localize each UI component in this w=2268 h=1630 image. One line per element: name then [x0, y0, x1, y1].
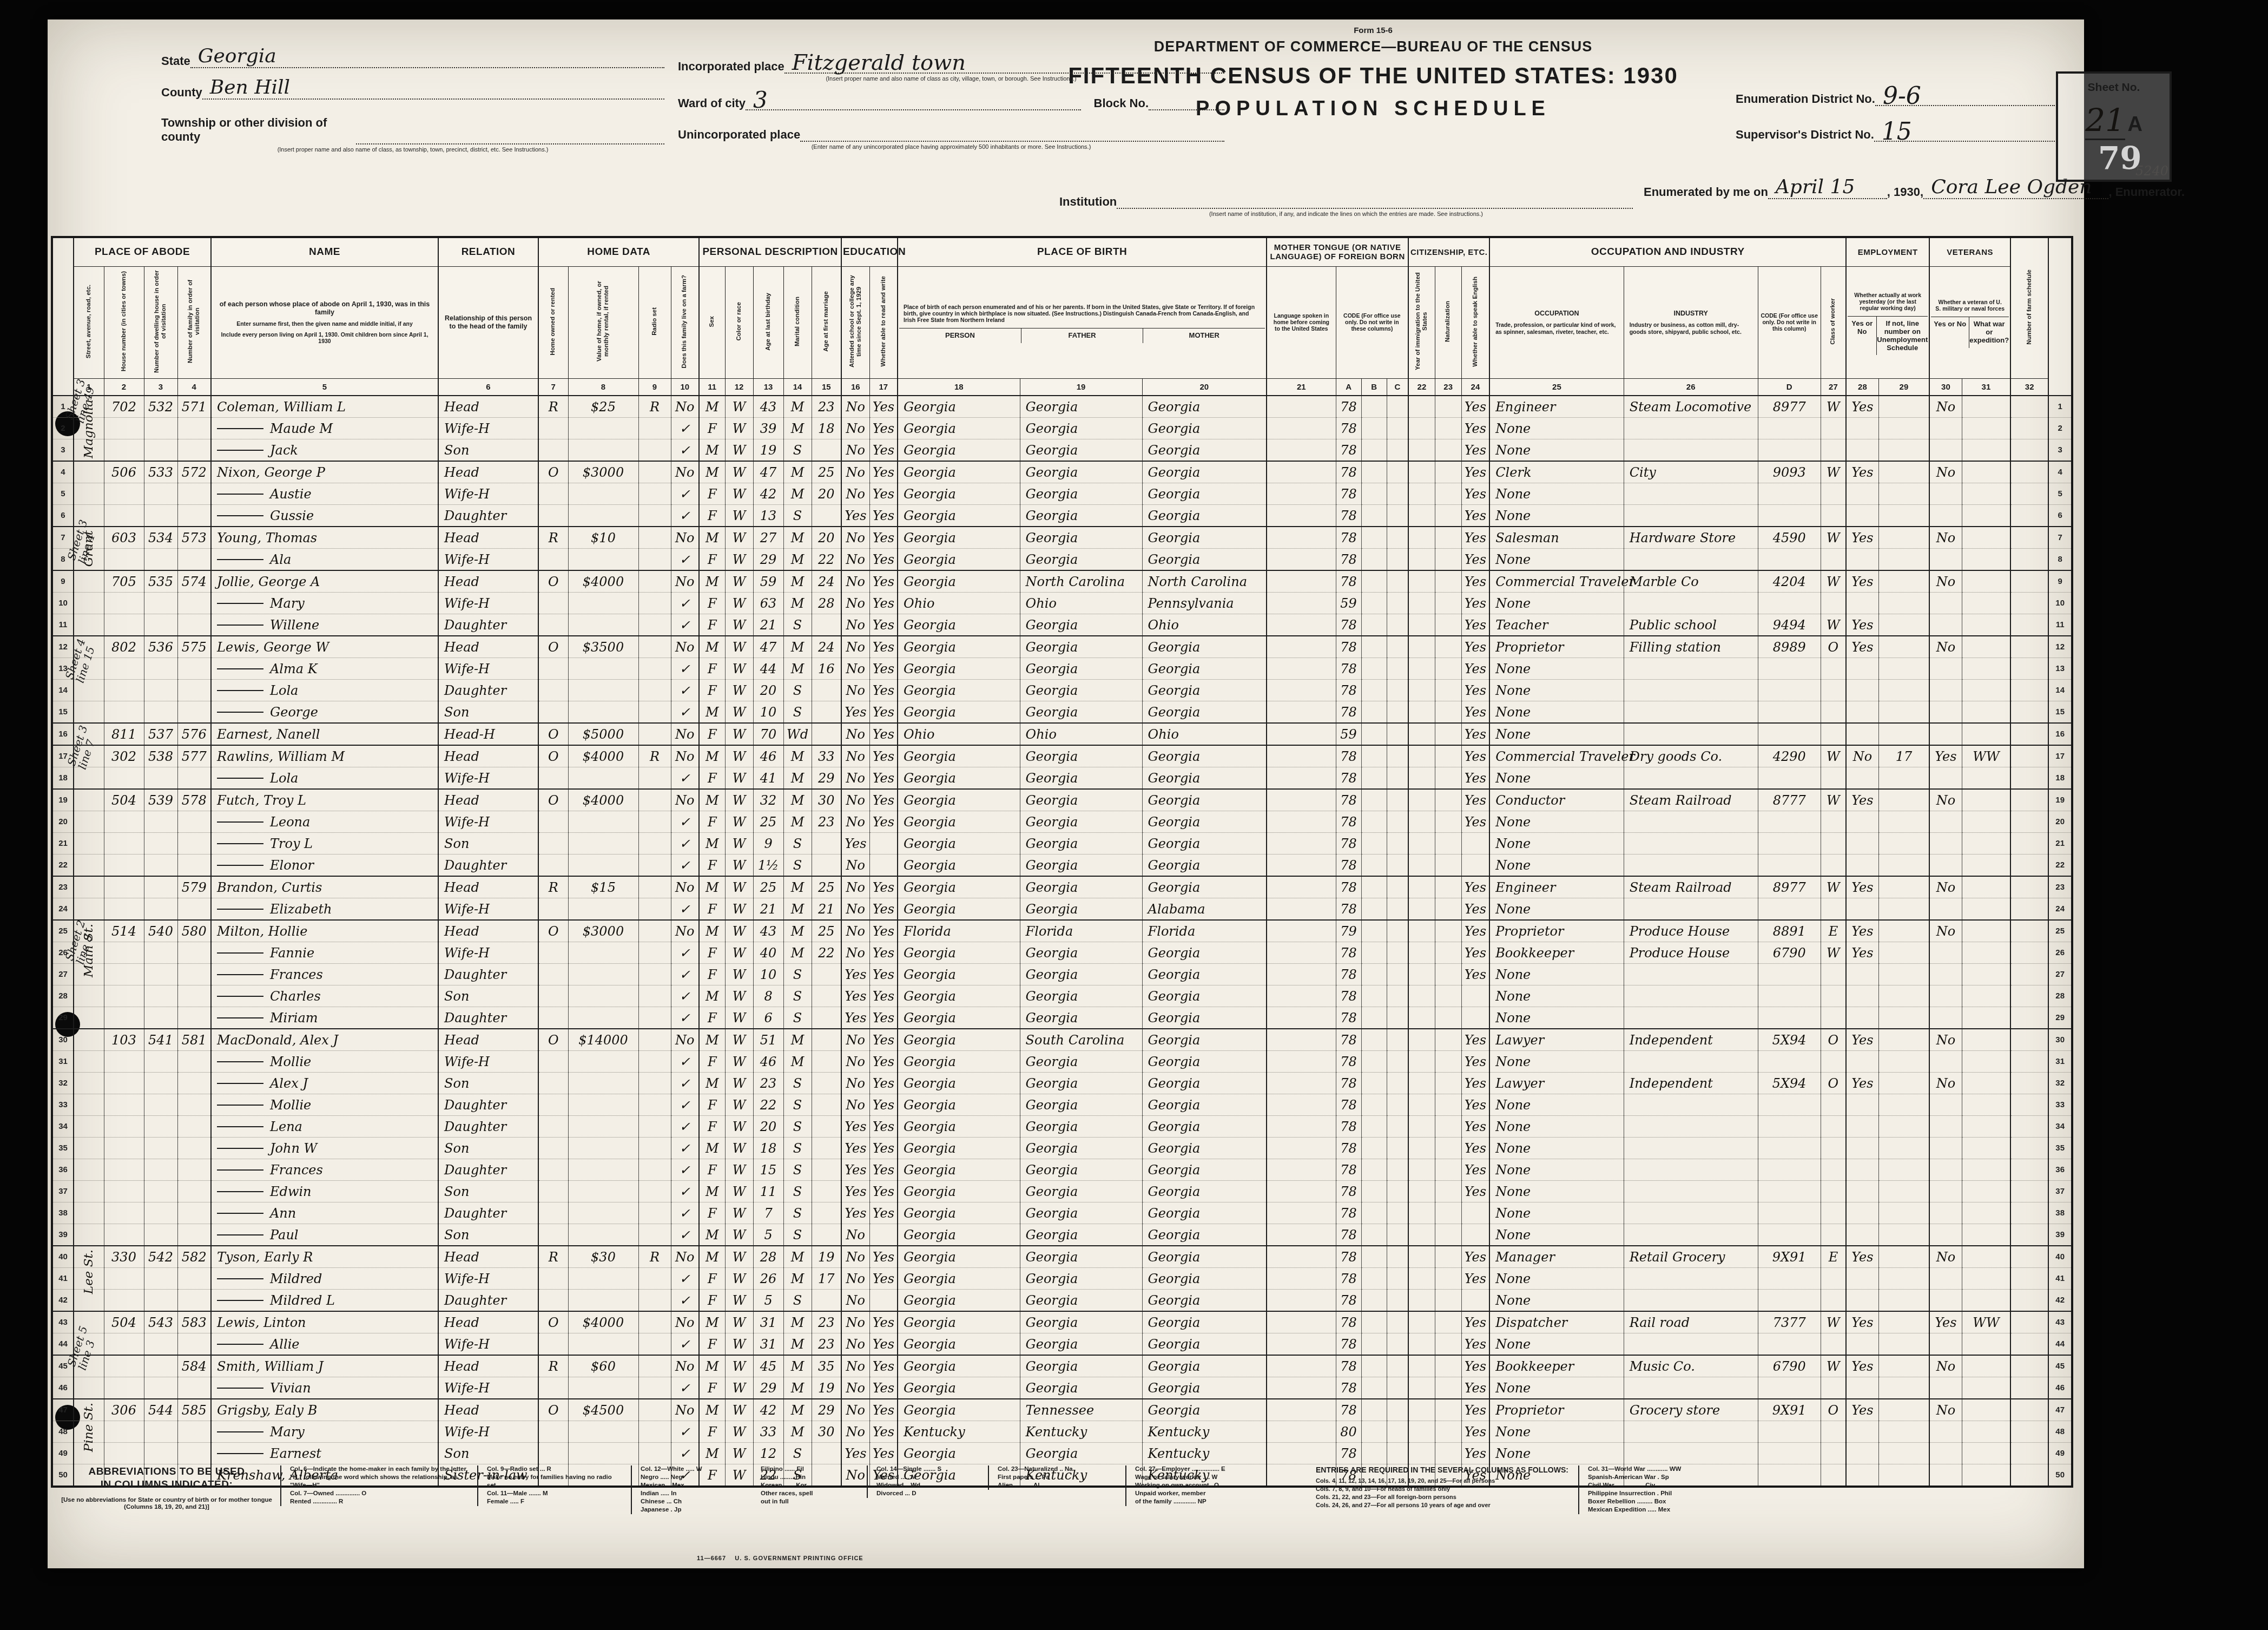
cell-house: 302	[104, 745, 144, 767]
cell-house: 802	[104, 636, 144, 658]
cell-ind: Produce House	[1624, 942, 1758, 964]
cell-occ: Teacher	[1489, 614, 1624, 636]
incorporated-label: Incorporated place	[678, 60, 784, 74]
cell-val	[568, 1443, 638, 1464]
cell-fam: 581	[177, 1029, 211, 1051]
cell-nat	[1435, 1311, 1461, 1333]
cell-cb	[1361, 527, 1387, 549]
cell-oc: 8891	[1758, 920, 1821, 942]
cell-rw: Yes	[869, 811, 898, 833]
cell-cc	[1387, 1246, 1408, 1268]
colnum: 31	[1962, 379, 2010, 396]
cell-house	[104, 767, 144, 790]
cell-ln2: 4	[2048, 461, 2072, 483]
cell-rw	[869, 855, 898, 877]
cell-uel	[1878, 396, 1929, 418]
cell-emp	[1846, 898, 1878, 921]
cell-fs	[2010, 1246, 2048, 1268]
cell-imm	[1408, 439, 1435, 462]
cell-ln: 24	[52, 898, 74, 921]
cell-imm	[1408, 636, 1435, 658]
cell-house	[104, 701, 144, 724]
cell-eng: Yes	[1461, 461, 1489, 483]
cell-imm	[1408, 833, 1435, 855]
cell-bp: Georgia	[898, 701, 1020, 724]
cell-bp: Georgia	[898, 1029, 1020, 1051]
cell-age: 29	[753, 1377, 783, 1399]
cell-oc: 8777	[1758, 789, 1821, 811]
cell-occ: None	[1489, 439, 1624, 462]
cell-nat	[1435, 658, 1461, 680]
cell-afm: 30	[812, 789, 841, 811]
cell-mar: M	[783, 396, 812, 418]
cell-ind: Steam Railroad	[1624, 876, 1758, 898]
cell-mar: S	[783, 1073, 812, 1094]
cell-dw: 540	[144, 920, 177, 942]
cell-sex: M	[699, 1224, 725, 1246]
cell-uel	[1878, 549, 1929, 571]
cell-sch: Yes	[841, 1202, 869, 1224]
cell-ln2: 24	[2048, 898, 2072, 921]
cell-rel: Wife-H	[438, 549, 538, 571]
cell-sch: No	[841, 811, 869, 833]
cell-bf: Georgia	[1020, 396, 1142, 418]
cell-sex: F	[699, 1116, 725, 1138]
cell-cb	[1361, 418, 1387, 439]
cell-val	[568, 1202, 638, 1224]
cell-fam	[177, 1138, 211, 1159]
cell-eng: Yes	[1461, 1311, 1489, 1333]
cell-afm	[812, 1094, 841, 1116]
colnum: C	[1387, 379, 1408, 396]
cell-street	[74, 1007, 104, 1029]
cell-rw: Yes	[869, 745, 898, 767]
cell-house	[104, 1224, 144, 1246]
cell-dw	[144, 593, 177, 614]
cell-fam: 585	[177, 1399, 211, 1421]
col-vet-yes-no: Yes or No	[1931, 317, 1969, 348]
cell-dw	[144, 418, 177, 439]
cell-vet	[1929, 1051, 1962, 1073]
cell-rel: Head	[438, 876, 538, 898]
cell-nat	[1435, 549, 1461, 571]
colnum: 8	[568, 379, 638, 396]
cell-val	[568, 1224, 638, 1246]
cell-war	[1962, 1443, 2010, 1464]
cell-vet	[1929, 964, 1962, 985]
cell-cc	[1387, 1290, 1408, 1312]
cell-rel: Head	[438, 1311, 538, 1333]
cell-fam	[177, 964, 211, 985]
cell-house: 811	[104, 723, 144, 745]
cell-age: 47	[753, 461, 783, 483]
cell-emp	[1846, 505, 1878, 527]
cell-war	[1962, 985, 2010, 1007]
cell-own: R	[538, 527, 568, 549]
cell-occ: None	[1489, 418, 1624, 439]
cell-cc	[1387, 1138, 1408, 1159]
cell-bf: Georgia	[1020, 964, 1142, 985]
cell-vet	[1929, 1116, 1962, 1138]
group-place-of-abode: PLACE OF ABODE	[74, 237, 211, 267]
cell-cb	[1361, 1421, 1387, 1443]
cell-imm	[1408, 745, 1435, 767]
cell-ln2: 38	[2048, 1202, 2072, 1224]
cell-street	[74, 833, 104, 855]
enum-district-value: 9-6	[1875, 82, 1929, 110]
cell-own	[538, 1333, 568, 1356]
cell-rel: Son	[438, 833, 538, 855]
cell-dw: 534	[144, 527, 177, 549]
cell-age: 10	[753, 701, 783, 724]
cell-sch: Yes	[841, 1007, 869, 1029]
cell-war	[1962, 1246, 2010, 1268]
table-row: 46VivianWife-H✓FW29M19NoYesGeorgiaGeorgi…	[52, 1377, 2072, 1399]
cell-age: 44	[753, 658, 783, 680]
cell-rel: Son	[438, 1443, 538, 1464]
cell-cb	[1361, 985, 1387, 1007]
cell-bm: Georgia	[1142, 833, 1267, 855]
cell-emp	[1846, 418, 1878, 439]
cell-cw	[1821, 1224, 1846, 1246]
cell-ln: 29	[52, 1007, 74, 1029]
cell-name: Maude M	[211, 418, 438, 439]
col-home-owned: Home owned or rented	[538, 267, 568, 379]
cell-dw	[144, 1116, 177, 1138]
cell-eng: Yes	[1461, 964, 1489, 985]
cell-bp: Georgia	[898, 680, 1020, 701]
cell-street	[74, 1181, 104, 1202]
cell-oc	[1758, 1268, 1821, 1290]
cell-mar: M	[783, 1421, 812, 1443]
cell-fam	[177, 942, 211, 964]
cell-bp: Georgia	[898, 1094, 1020, 1116]
table-row: 27FrancesDaughter✓FW10SYesYesGeorgiaGeor…	[52, 964, 2072, 985]
cell-vet: No	[1929, 636, 1962, 658]
cell-age: 46	[753, 745, 783, 767]
table-row: 9705535574Jollie, George AHeadO$4000NoMW…	[52, 570, 2072, 593]
cell-cb	[1361, 1290, 1387, 1312]
cell-race: W	[725, 1421, 753, 1443]
cell-fs	[2010, 1202, 2048, 1224]
cell-dw	[144, 898, 177, 921]
cell-bm: Georgia	[1142, 658, 1267, 680]
cell-val	[568, 439, 638, 462]
cell-uel	[1878, 789, 1929, 811]
cell-nat	[1435, 1443, 1461, 1464]
cell-lang	[1267, 1355, 1336, 1377]
cell-uel	[1878, 1399, 1929, 1421]
county-field: County Ben Hill	[161, 82, 664, 100]
cell-bm: Georgia	[1142, 396, 1267, 418]
cell-ind	[1624, 1094, 1758, 1116]
cell-vet	[1929, 1159, 1962, 1181]
cell-name: George	[211, 701, 438, 724]
cell-cb	[1361, 1051, 1387, 1073]
cell-ln: 28	[52, 985, 74, 1007]
cell-bm: Georgia	[1142, 439, 1267, 462]
cell-vet	[1929, 505, 1962, 527]
cell-radio	[638, 483, 671, 505]
cell-afm	[812, 1051, 841, 1073]
cell-farm: ✓	[671, 701, 699, 724]
cell-ln2: 49	[2048, 1443, 2072, 1464]
cell-oc	[1758, 833, 1821, 855]
cell-own: R	[538, 1355, 568, 1377]
cell-age: 1½	[753, 855, 783, 877]
schedule-grid: PLACE OF ABODE NAME RELATION HOME DATA P…	[51, 236, 2073, 1488]
table-row: 2Maude MWife-H✓FW39M18NoYesGeorgiaGeorgi…	[52, 418, 2072, 439]
table-row: 45584Smith, William JHeadR$60NoMW45M35No…	[52, 1355, 2072, 1377]
cell-cb	[1361, 1181, 1387, 1202]
cell-own: O	[538, 1029, 568, 1051]
cell-cb	[1361, 680, 1387, 701]
cell-nat	[1435, 593, 1461, 614]
cell-farm: ✓	[671, 439, 699, 462]
cell-oc: 9X91	[1758, 1399, 1821, 1421]
cell-street	[74, 789, 104, 811]
cell-bf: Georgia	[1020, 1116, 1142, 1138]
colnum: 29	[1878, 379, 1929, 396]
district-fields: Enumeration District No. 9-6 Supervisor'…	[1736, 89, 2055, 144]
cell-rw: Yes	[869, 593, 898, 614]
cell-lang	[1267, 418, 1336, 439]
cell-rel: Wife-H	[438, 811, 538, 833]
cell-age: 31	[753, 1311, 783, 1333]
cell-rel: Daughter	[438, 680, 538, 701]
cell-afm	[812, 855, 841, 877]
col-birth-mother: MOTHER	[1143, 328, 1265, 343]
cell-rw: Yes	[869, 1138, 898, 1159]
cell-war	[1962, 614, 2010, 636]
cell-farm: ✓	[671, 1443, 699, 1464]
institution-note: (Insert name of institution, if any, and…	[1059, 211, 1633, 218]
cell-fs	[2010, 1181, 2048, 1202]
cell-cw: W	[1821, 396, 1846, 418]
cell-rel: Wife-H	[438, 483, 538, 505]
cell-fs	[2010, 767, 2048, 790]
cell-bp: Georgia	[898, 614, 1020, 636]
cell-val	[568, 1094, 638, 1116]
cell-war	[1962, 1202, 2010, 1224]
cell-ca: 78	[1336, 483, 1361, 505]
cell-oc: 4204	[1758, 570, 1821, 593]
cell-val	[568, 964, 638, 985]
cell-street	[74, 1094, 104, 1116]
cell-nat	[1435, 1246, 1461, 1268]
cell-bf: Georgia	[1020, 1094, 1142, 1116]
cell-cb	[1361, 942, 1387, 964]
cell-dw	[144, 1051, 177, 1073]
cell-cb	[1361, 1007, 1387, 1029]
cell-sex: F	[699, 593, 725, 614]
cell-own	[538, 680, 568, 701]
cell-rel: Head	[438, 396, 538, 418]
cell-cw	[1821, 1116, 1846, 1138]
cell-emp	[1846, 1333, 1878, 1356]
cell-dw	[144, 1224, 177, 1246]
cell-farm: ✓	[671, 985, 699, 1007]
cell-farm: No	[671, 920, 699, 942]
cell-cc	[1387, 483, 1408, 505]
cell-age: 41	[753, 767, 783, 790]
cell-oc	[1758, 1116, 1821, 1138]
cell-ca: 78	[1336, 898, 1361, 921]
cell-radio	[638, 833, 671, 855]
cell-uel	[1878, 985, 1929, 1007]
cell-emp	[1846, 1290, 1878, 1312]
cell-mar: M	[783, 1029, 812, 1051]
cell-oc	[1758, 1202, 1821, 1224]
cell-sch: No	[841, 898, 869, 921]
cell-cb	[1361, 1073, 1387, 1094]
cell-dw: 543	[144, 1311, 177, 1333]
cell-oc	[1758, 680, 1821, 701]
cell-vet	[1929, 1268, 1962, 1290]
cell-bp: Georgia	[898, 1159, 1020, 1181]
cell-radio	[638, 1311, 671, 1333]
cell-age: 12	[753, 1443, 783, 1464]
cell-bf: Georgia	[1020, 1268, 1142, 1290]
cell-ca: 79	[1336, 920, 1361, 942]
cell-val	[568, 833, 638, 855]
cell-sch: No	[841, 1377, 869, 1399]
col-sex: Sex	[699, 267, 725, 379]
cell-lang	[1267, 811, 1336, 833]
cell-radio	[638, 658, 671, 680]
cell-war	[1962, 1421, 2010, 1443]
cell-oc	[1758, 1333, 1821, 1356]
cell-bm: Georgia	[1142, 461, 1267, 483]
cell-ca: 78	[1336, 396, 1361, 418]
cell-val: $3500	[568, 636, 638, 658]
cell-val	[568, 1268, 638, 1290]
cell-radio: R	[638, 1246, 671, 1268]
cell-fam	[177, 1073, 211, 1094]
cell-nat	[1435, 767, 1461, 790]
cell-war	[1962, 855, 2010, 877]
cell-imm	[1408, 942, 1435, 964]
cell-vet: Yes	[1929, 1311, 1962, 1333]
cell-vet	[1929, 833, 1962, 855]
table-row: 21Troy LSon✓MW9SYesGeorgiaGeorgiaGeorgia…	[52, 833, 2072, 855]
cell-lang	[1267, 723, 1336, 745]
cell-afm: 20	[812, 527, 841, 549]
cell-age: 63	[753, 593, 783, 614]
cell-ind: Steam Locomotive	[1624, 396, 1758, 418]
cell-uel	[1878, 1421, 1929, 1443]
cell-farm: ✓	[671, 1202, 699, 1224]
cell-house	[104, 1159, 144, 1181]
cell-sex: F	[699, 418, 725, 439]
cell-sex: M	[699, 1355, 725, 1377]
cell-rw: Yes	[869, 636, 898, 658]
col-immigration-year: Year of immigration to the United States	[1408, 267, 1435, 379]
cell-occ: None	[1489, 505, 1624, 527]
cell-radio	[638, 964, 671, 985]
cell-ln: 43	[52, 1311, 74, 1333]
cell-house	[104, 1421, 144, 1443]
cell-emp: Yes	[1846, 1073, 1878, 1094]
cell-val	[568, 855, 638, 877]
cell-race: W	[725, 658, 753, 680]
cell-cc	[1387, 1377, 1408, 1399]
cell-own	[538, 418, 568, 439]
cell-own	[538, 1007, 568, 1029]
cell-house	[104, 1377, 144, 1399]
enumerated-label: Enumerated by me on	[1644, 185, 1768, 199]
cell-name: Edwin	[211, 1181, 438, 1202]
cell-lang	[1267, 527, 1336, 549]
cell-ln: 15	[52, 701, 74, 724]
cell-bm: Kentucky	[1142, 1443, 1267, 1464]
cell-ln: 39	[52, 1224, 74, 1246]
cell-cc	[1387, 505, 1408, 527]
cell-cc	[1387, 1224, 1408, 1246]
cell-emp	[1846, 1202, 1878, 1224]
cell-uel	[1878, 1333, 1929, 1356]
census-sheet-paper: Form 15-6 DEPARTMENT OF COMMERCE—BUREAU …	[48, 19, 2084, 1568]
cell-bf: Georgia	[1020, 527, 1142, 549]
cell-fam	[177, 658, 211, 680]
cell-ln: 37	[52, 1181, 74, 1202]
cell-rel: Son	[438, 1138, 538, 1159]
cell-rel: Daughter	[438, 505, 538, 527]
cell-bp: Georgia	[898, 1116, 1020, 1138]
cell-rel: Daughter	[438, 1290, 538, 1312]
col-relation: Relationship of this person to the head …	[438, 267, 538, 379]
cell-dw	[144, 680, 177, 701]
cell-mar: S	[783, 833, 812, 855]
cell-mar: S	[783, 614, 812, 636]
cell-occ: None	[1489, 767, 1624, 790]
cell-dw	[144, 483, 177, 505]
cell-dw: 538	[144, 745, 177, 767]
cell-eng	[1461, 833, 1489, 855]
cell-radio	[638, 1399, 671, 1421]
cell-val	[568, 1138, 638, 1159]
cell-afm	[812, 505, 841, 527]
cell-ind	[1624, 549, 1758, 571]
cell-sch: No	[841, 593, 869, 614]
abbrev-col-14: Col. 14—Single ....... S Married ..... M…	[867, 1465, 988, 1498]
cell-sex: M	[699, 439, 725, 462]
cell-oc: 5X94	[1758, 1029, 1821, 1051]
abbrev-col-12: Col. 12—White ..... W Negro ..... Neg Me…	[631, 1465, 752, 1514]
cell-own	[538, 483, 568, 505]
colnum: 13	[753, 379, 783, 396]
cell-house	[104, 942, 144, 964]
cell-cc	[1387, 593, 1408, 614]
cell-sch: No	[841, 1051, 869, 1073]
cell-farm: ✓	[671, 1333, 699, 1356]
cell-bp: Georgia	[898, 767, 1020, 790]
cell-war	[1962, 1268, 2010, 1290]
cell-nat	[1435, 745, 1461, 767]
cell-fs	[2010, 1138, 2048, 1159]
cell-race: W	[725, 855, 753, 877]
cell-race: W	[725, 1181, 753, 1202]
cell-fs	[2010, 483, 2048, 505]
cell-imm	[1408, 811, 1435, 833]
cell-ln2: 32	[2048, 1073, 2072, 1094]
cell-emp: Yes	[1846, 614, 1878, 636]
cell-fam	[177, 1421, 211, 1443]
cell-mar: M	[783, 658, 812, 680]
cell-cb	[1361, 1202, 1387, 1224]
cell-race: W	[725, 418, 753, 439]
cell-war: WW	[1962, 745, 2010, 767]
